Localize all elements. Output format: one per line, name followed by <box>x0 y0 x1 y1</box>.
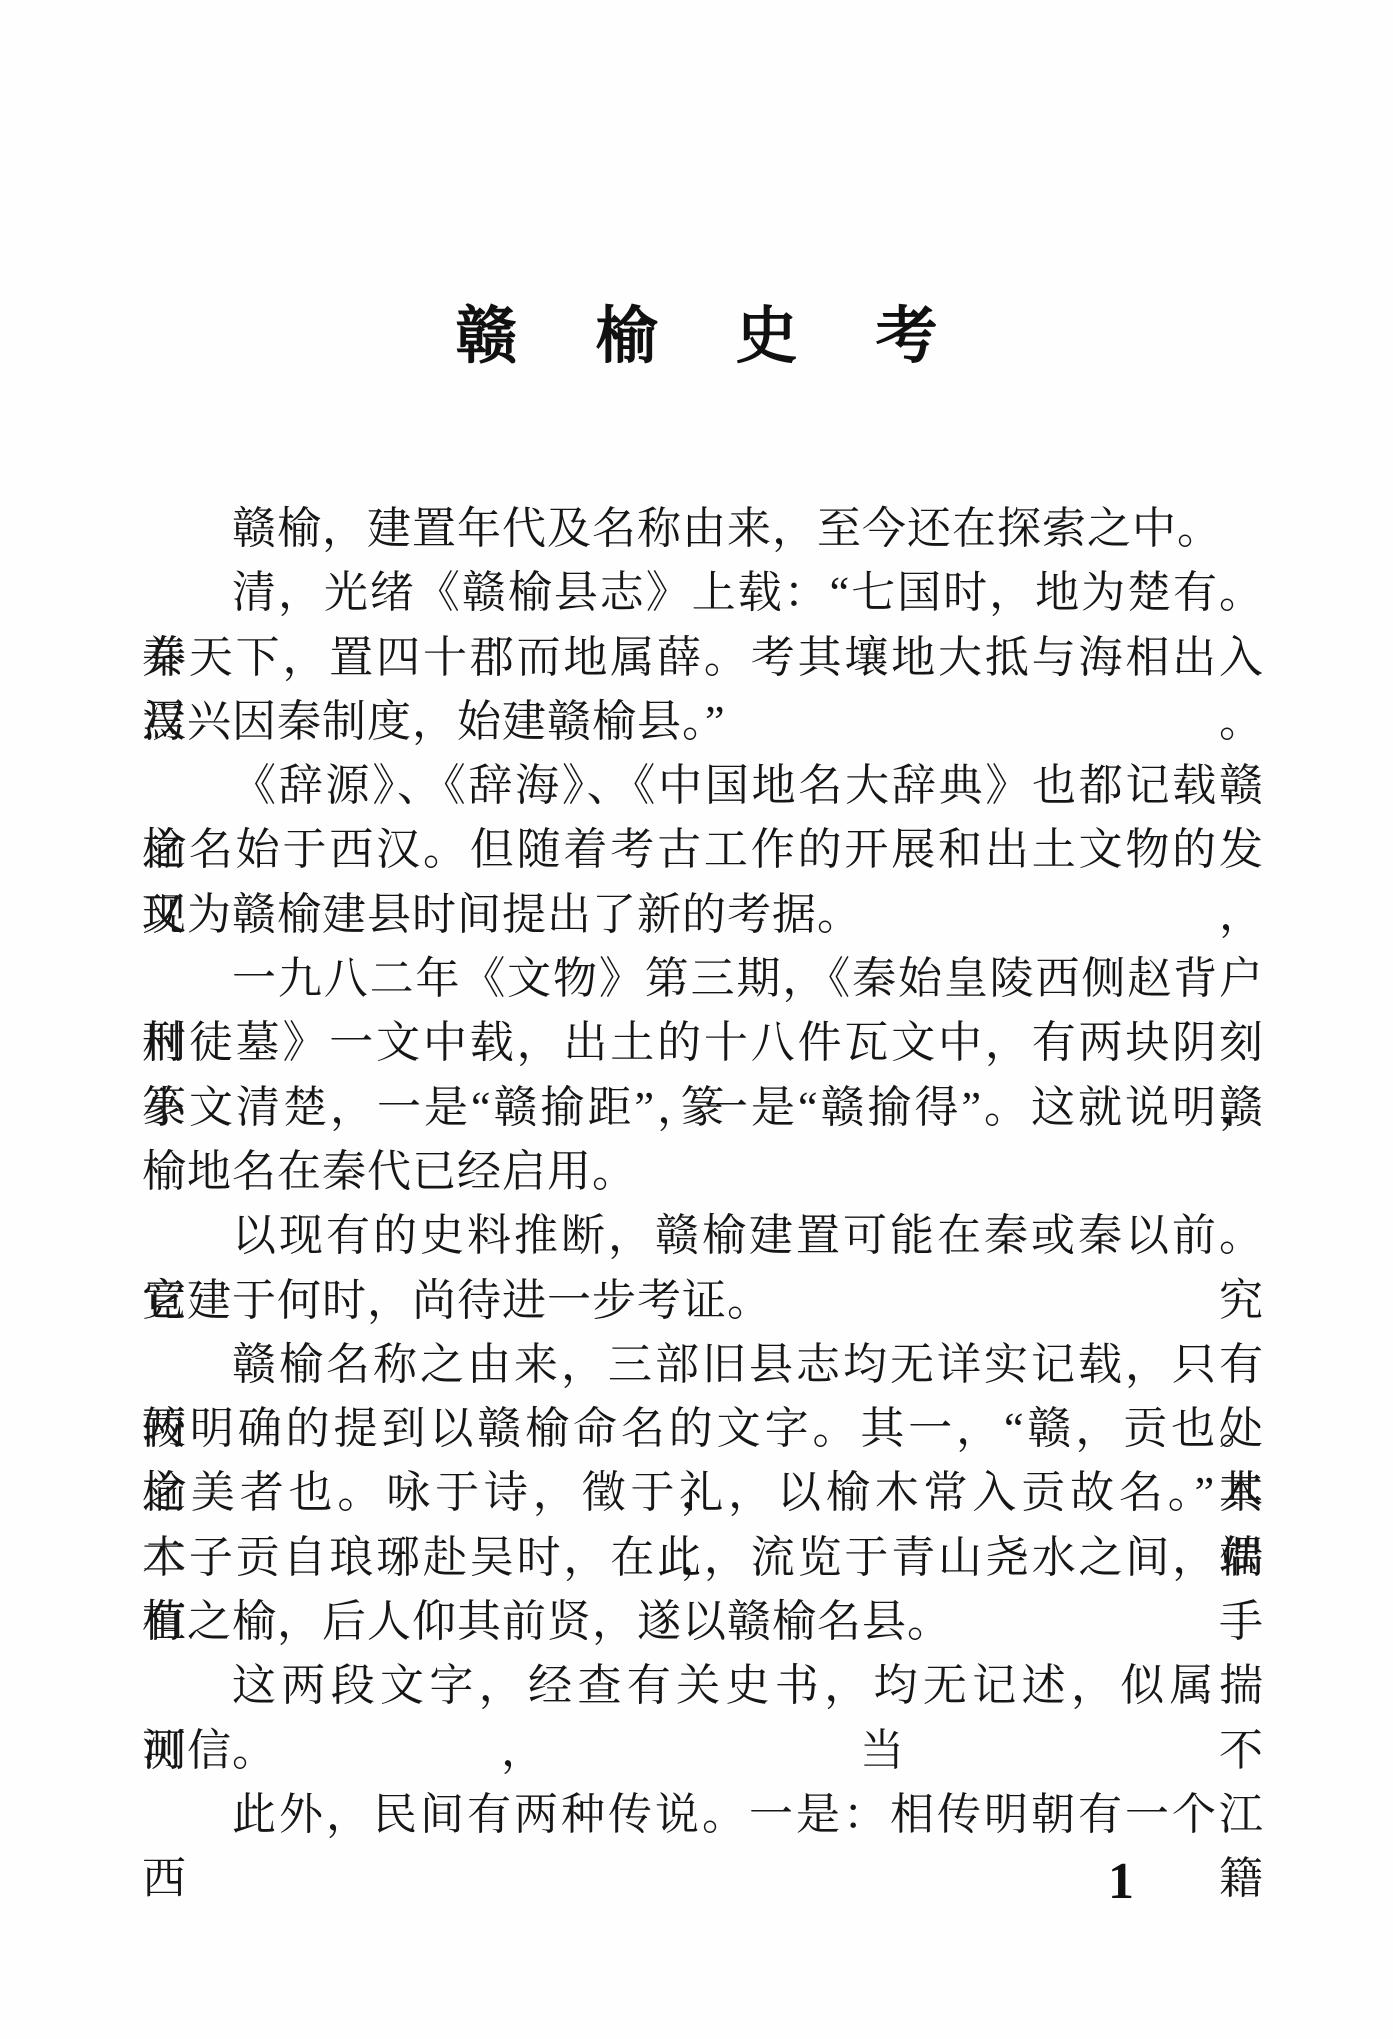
paragraph: 以现有的史料推断，赣榆建置可能在秦或秦以前。它究竟建于何时，尚待进一步考证。 <box>142 1204 1264 1333</box>
text-line: 清，光绪《赣榆县志》上载：“七国时，地为楚有。秦 <box>142 561 1264 625</box>
text-line: 赣榆，建置年代及名称由来，至今还在探索之中。 <box>142 497 1264 561</box>
text-line: 较明确的提到以赣榆命名的文字。其一，“赣，贡也。榆，木 <box>142 1397 1264 1461</box>
paragraph: 清，光绪《赣榆县志》上载：“七国时，地为楚有。秦并天下，置四十郡而地属薛。考其壤… <box>142 561 1264 754</box>
title-char: 考 <box>876 286 938 375</box>
text-line: 以现有的史料推断，赣榆建置可能在秦或秦以前。它究 <box>142 1204 1264 1268</box>
document-body: 赣榆，建置年代及名称由来，至今还在探索之中。清，光绪《赣榆县志》上载：“七国时，… <box>142 497 1264 1847</box>
text-line: 刑徒墓》一文中载，出土的十八件瓦文中，有两块阴刻小篆， <box>142 1011 1264 1075</box>
title-char: 榆 <box>595 286 657 375</box>
text-line: 篆文清楚，一是“赣揄距”，一是“赣揄得”。这就说明赣 <box>142 1076 1264 1140</box>
scanned-book-page: 赣榆史考 赣榆，建置年代及名称由来，至今还在探索之中。清，光绪《赣榆县志》上载：… <box>0 0 1393 2039</box>
page-title: 赣榆史考 <box>0 286 1393 375</box>
text-line: 一九八二年《文物》第三期，《秦始皇陵西侧赵背户村 <box>142 947 1264 1011</box>
paragraph: 一九八二年《文物》第三期，《秦始皇陵西侧赵背户村刑徒墓》一文中载，出土的十八件瓦… <box>142 947 1264 1204</box>
text-line: 榆地名在秦代已经启用。 <box>142 1140 1264 1204</box>
text-line: 并天下，置四十郡而地属薛。考其壤地大抵与海相出入焉。 <box>142 626 1264 690</box>
text-line: 之名始于西汉。但随着考古工作的开展和出土文物的发现， <box>142 818 1264 882</box>
text-line: 木子贡自琅琊赴吴时，在此，流览于青山尧水之间，偶有手 <box>142 1526 1264 1590</box>
paragraph: 此外，民间有两种传说。一是：相传明朝有一个江西籍 <box>142 1783 1264 1847</box>
text-line: 赣榆名称之由来，三部旧县志均无详实记载，只有两处 <box>142 1333 1264 1397</box>
page-number: 1 <box>1108 1852 1134 1911</box>
text-line: 《辞源》、《辞海》、《中国地名大辞典》也都记载赣榆 <box>142 754 1264 818</box>
paragraph: 这两段文字，经查有关史书，均无记述，似属揣测，当不可信。 <box>142 1654 1264 1783</box>
paragraph: 赣榆名称之由来，三部旧县志均无详实记载，只有两处较明确的提到以赣榆命名的文字。其… <box>142 1333 1264 1654</box>
text-line: 此外，民间有两种传说。一是：相传明朝有一个江西籍 <box>142 1783 1264 1847</box>
title-char: 赣 <box>455 286 517 375</box>
title-char: 史 <box>736 286 798 375</box>
paragraph: 赣榆，建置年代及名称由来，至今还在探索之中。 <box>142 497 1264 561</box>
text-line: 之美者也。咏于诗，徵于礼，以榆木常入贡故名。”其二，端 <box>142 1461 1264 1525</box>
paragraph: 《辞源》、《辞海》、《中国地名大辞典》也都记载赣榆之名始于西汉。但随着考古工作的… <box>142 754 1264 947</box>
text-line: 这两段文字，经查有关史书，均无记述，似属揣测，当不 <box>142 1654 1264 1718</box>
